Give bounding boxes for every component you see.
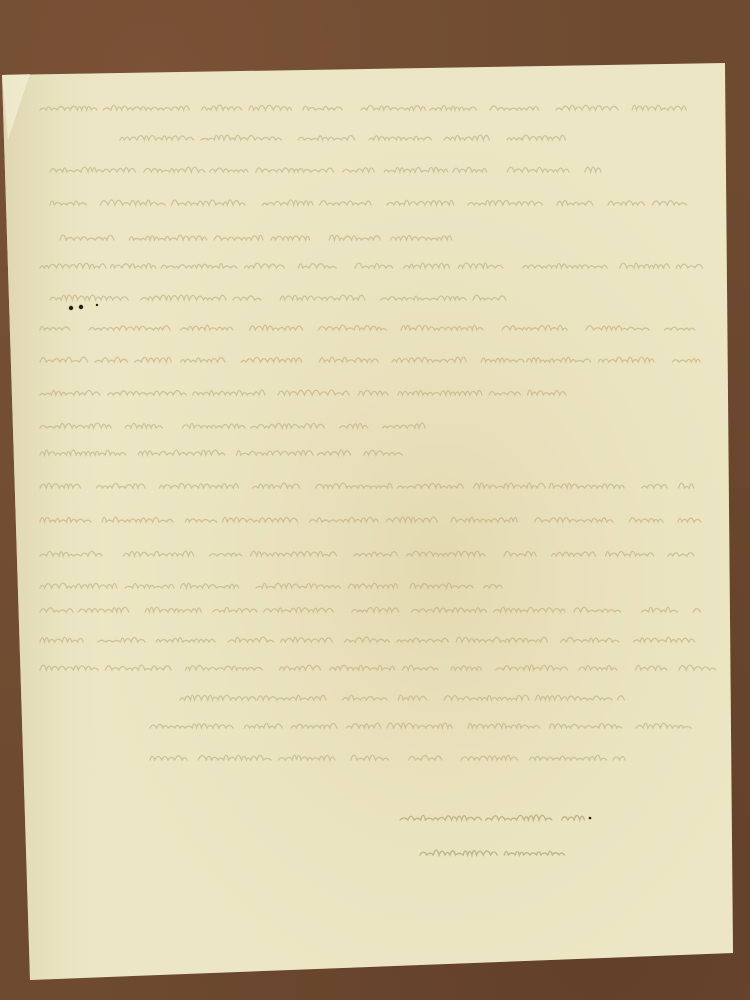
ink-dot xyxy=(69,306,73,310)
letter-photo xyxy=(0,0,750,1000)
ink-dot xyxy=(589,817,592,820)
ink-dot xyxy=(96,304,98,306)
ink-dot xyxy=(79,305,83,309)
photo-scene: illegible — faded ink xyxy=(0,0,750,1000)
